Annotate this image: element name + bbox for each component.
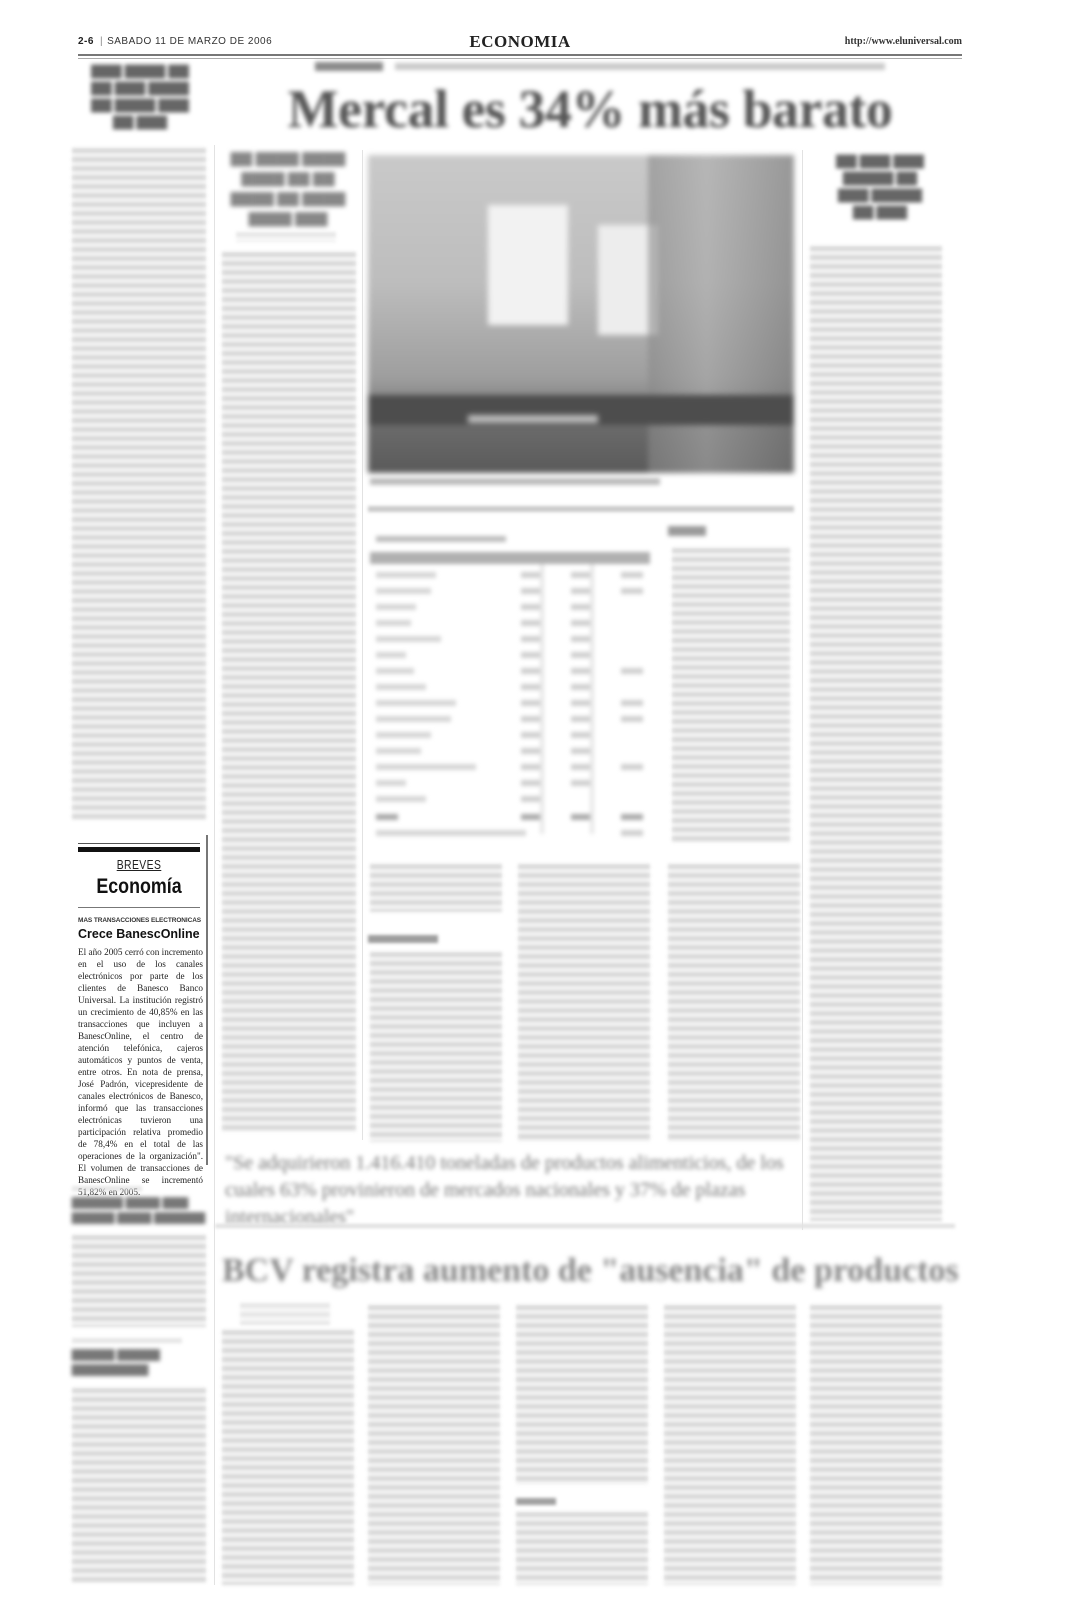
table-row [376, 700, 644, 706]
second-column-2 [368, 1305, 500, 1585]
brief-body-2 [72, 1235, 206, 1327]
subhead [368, 935, 438, 943]
table-rule [368, 506, 794, 512]
table-row-total [376, 814, 644, 820]
section-title: ECONOMIA [78, 32, 962, 52]
breves-rule [78, 843, 200, 844]
story-column-1 [222, 252, 356, 1132]
site-url[interactable]: http://www.eluniversal.com [845, 36, 962, 47]
header-rule-thin [78, 58, 962, 59]
right-column-text [810, 246, 942, 1221]
second-column-3a [516, 1305, 648, 1485]
byline [236, 232, 336, 242]
second-subhead [516, 1498, 556, 1505]
left-column-text [72, 148, 206, 820]
breves-rule-thick [78, 847, 200, 852]
story-deck: ▇▇ ▇▇▇▇ ▇▇▇▇▇▇▇▇ ▇▇ ▇▇▇▇▇▇ ▇▇ ▇▇▇▇▇▇▇▇ ▇… [228, 150, 348, 230]
main-headline: Mercal es 34% más barato [270, 78, 910, 140]
story-column-2b [370, 952, 502, 1142]
breves-section: Economía [80, 875, 197, 899]
story-column-3 [518, 864, 650, 1142]
notes-text [672, 548, 790, 843]
left-column-headline: ▇▇▇ ▇▇▇▇ ▇▇▇▇ ▇▇▇ ▇▇▇▇▇▇ ▇▇▇▇ ▇▇▇▇▇ ▇▇▇ [80, 62, 200, 130]
brief-kicker-2 [72, 1186, 142, 1192]
brief-headline-2: ▇▇▇▇▇▇ ▇▇▇▇ ▇▇▇▇▇▇▇▇ ▇▇▇▇ ▇▇▇▇▇▇ [72, 1196, 206, 1226]
column-divider [214, 145, 215, 1585]
pull-quote: "Se adquirieron 1.416.410 toneladas de p… [225, 1150, 785, 1231]
brief-headline-3: ▇▇▇▇▇ ▇▇▇▇▇▇▇▇▇▇▇▇▇▇ [72, 1348, 206, 1378]
section-divider [215, 1224, 955, 1228]
table-row [376, 716, 644, 722]
kicker-label [315, 62, 383, 71]
brief-kicker: MAS TRANSACCIONES ELECTRONICAS [78, 917, 208, 924]
table-row [376, 780, 644, 786]
column-divider [362, 150, 363, 1140]
header-rule [78, 54, 962, 56]
table-row [376, 764, 644, 770]
story-kicker [315, 62, 885, 71]
kicker-text [395, 63, 885, 70]
table-row [376, 732, 644, 738]
breves-box: BREVES Economía MAS TRANSACCIONES ELECTR… [70, 835, 208, 1165]
table-row [376, 796, 644, 802]
column-divider [802, 150, 803, 1230]
table-row [376, 604, 644, 610]
brief-kicker-3 [72, 1338, 182, 1344]
table-row [376, 588, 644, 594]
second-headline: BCV registra aumento de "ausencia" de pr… [222, 1252, 962, 1290]
table-row [376, 684, 644, 690]
brief-headline: Crece BanescOnline [78, 927, 208, 941]
second-column-1 [222, 1330, 354, 1585]
breves-divider [78, 907, 200, 908]
table-row [376, 572, 644, 578]
story-column-4 [668, 864, 800, 1142]
notes-title [668, 526, 706, 536]
right-column-headline: ▇▇ ▇▇▇ ▇▇▇▇▇▇▇▇ ▇▇▇▇▇ ▇▇▇▇▇▇▇ ▇▇▇ [815, 152, 945, 220]
price-comparison-table [370, 530, 650, 845]
table-title [376, 536, 506, 542]
second-column-3b [516, 1512, 648, 1585]
photo-caption [370, 478, 660, 485]
table-row [376, 620, 644, 626]
breves-label: BREVES [84, 857, 194, 872]
second-column-4 [664, 1305, 796, 1585]
brief-body: El año 2005 cerró con incremento en el u… [78, 946, 203, 1198]
table-row [376, 652, 644, 658]
page-header: 2-6|SABADO 11 DE MARZO DE 2006 ECONOMIA … [78, 32, 962, 54]
table-row [376, 748, 644, 754]
table-row [376, 668, 644, 674]
table-footnote [376, 830, 644, 836]
table-row [376, 636, 644, 642]
second-deck [240, 1303, 330, 1325]
story-column-2a [370, 864, 502, 912]
newspaper-page: 2-6|SABADO 11 DE MARZO DE 2006 ECONOMIA … [0, 0, 1080, 1620]
table-header [370, 552, 650, 564]
second-column-5 [810, 1305, 942, 1585]
news-photo [368, 155, 794, 473]
brief-body-3 [72, 1388, 206, 1583]
